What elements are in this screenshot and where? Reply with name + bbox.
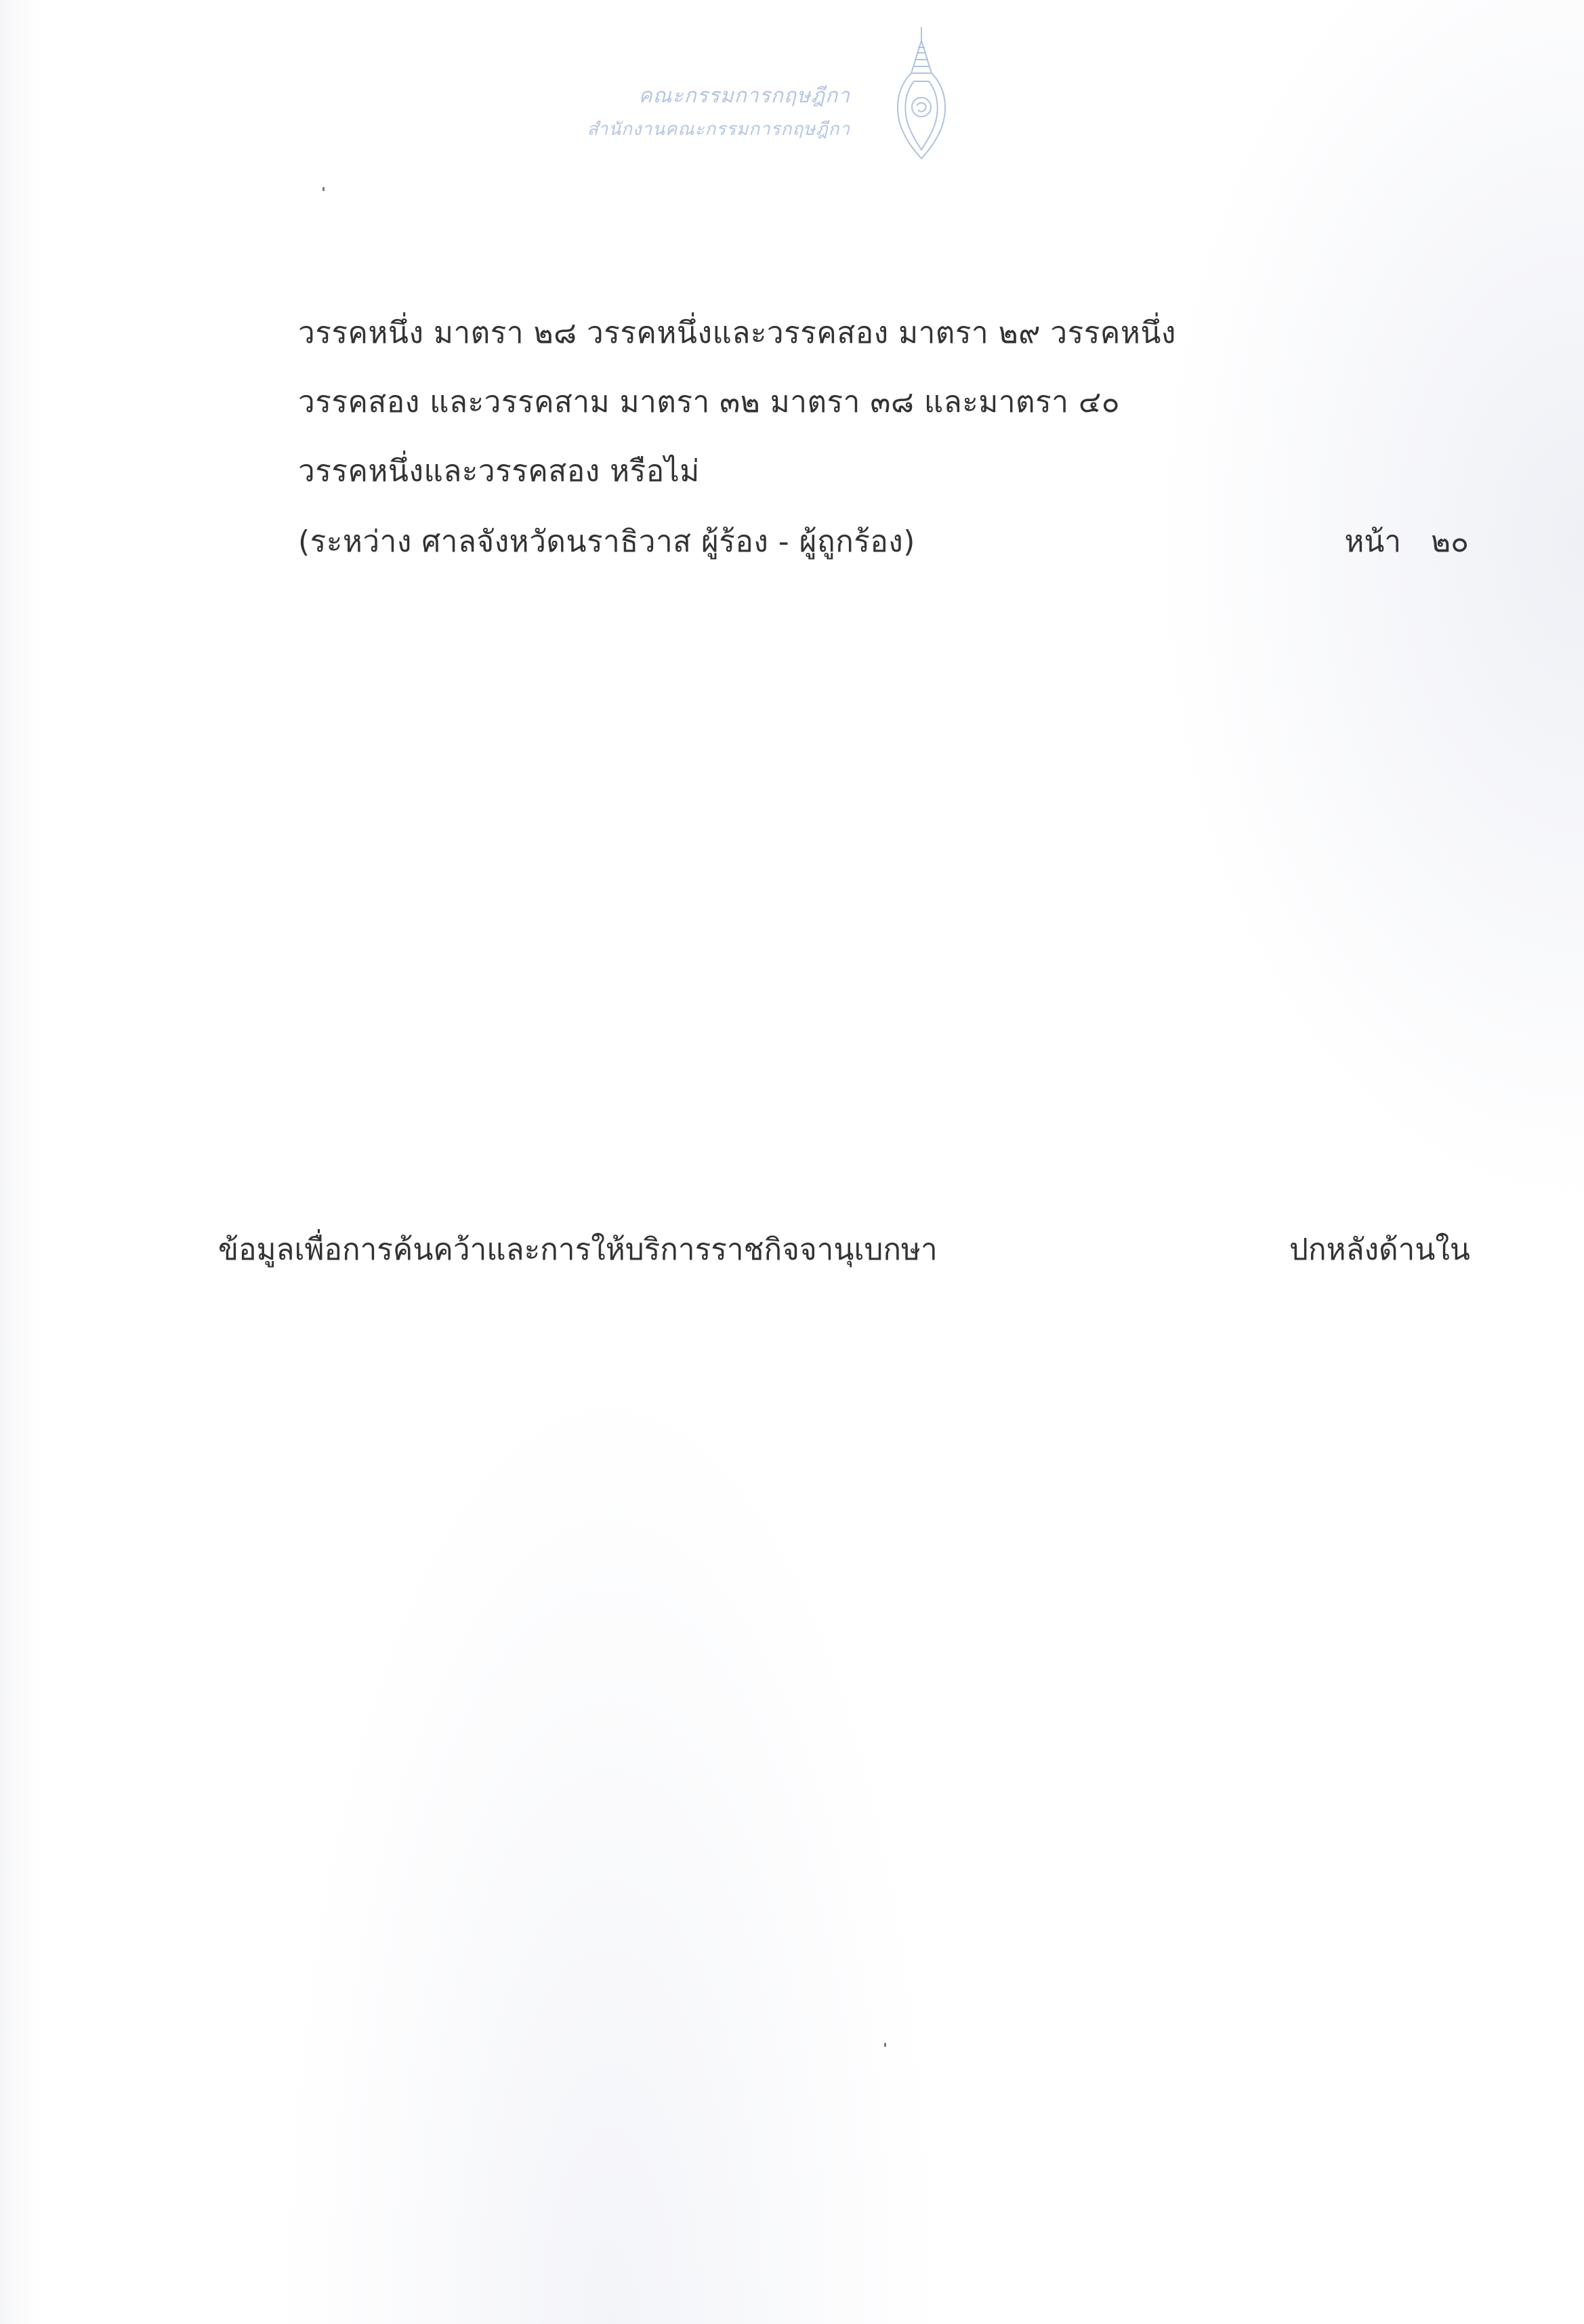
letterhead-line-1: คณะกรรมการกฤษฎีกา [638, 80, 850, 112]
body-line-1: วรรคหนึ่ง มาตรา ๒๘ วรรคหนึ่งและวรรคสอง ม… [298, 318, 1176, 348]
page-number: ๒๐ [1431, 524, 1469, 559]
body-line-3: วรรคหนึ่งและวรรคสอง หรือไม่ [298, 457, 700, 486]
body-line-2: วรรคสอง และวรรคสาม มาตรา ๓๒ มาตรา ๓๘ และ… [298, 388, 1120, 417]
letterhead: คณะกรรมการกฤษฎีกา สำนักงานคณะกรรมการกฤษฎ… [572, 20, 952, 156]
page-label: หน้า [1344, 524, 1401, 559]
page-reference: หน้า๒๐ [1344, 527, 1469, 557]
scan-speck [884, 2043, 886, 2047]
footer-source-note: ข้อมูลเพื่อการค้นคว้าและการให้บริการราชก… [218, 1235, 938, 1265]
royal-seal-icon [891, 26, 952, 161]
letterhead-line-2: สำนักงานคณะกรรมการกฤษฎีกา [587, 115, 850, 143]
scan-speck [322, 187, 325, 191]
footer-cover-label: ปกหลังด้านใน [1289, 1235, 1470, 1265]
body-line-4: (ระหว่าง ศาลจังหวัดนราธิวาส ผู้ร้อง - ผู… [298, 527, 915, 557]
